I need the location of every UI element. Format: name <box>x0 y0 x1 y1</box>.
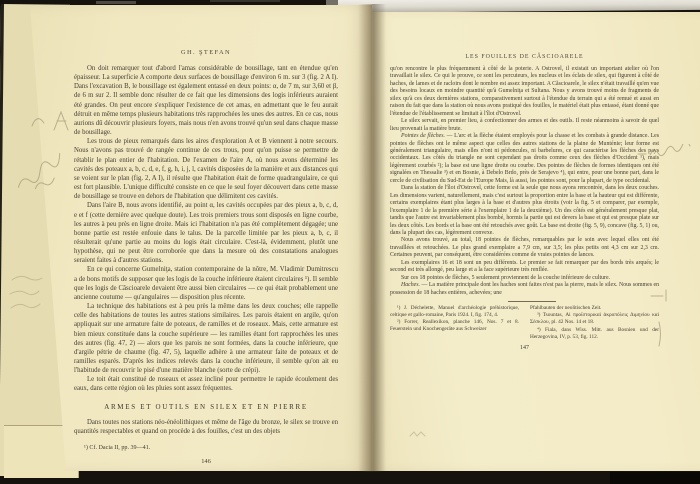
footnote: ¹) Cf. Dacia II, pp. 39—41. <box>74 445 338 451</box>
footnotes: ¹) J. Déchelette, Manuel d'archéologie p… <box>390 305 659 341</box>
paragraph: Le silex servait, en premier lieu, à con… <box>390 118 659 133</box>
paragraph: La technique des habitations est à peu p… <box>74 302 338 375</box>
page-number-left: 146 <box>74 458 338 465</box>
left-page: GH. ŞTEFAN On doit remarquer tout d'abor… <box>30 5 372 471</box>
right-page-body: qu'on rencontre le plus fréquemment à cô… <box>390 66 659 297</box>
paragraph: Le toit était constitué de roseaux et as… <box>74 375 338 393</box>
right-page: LES FOUILLES DE CĂSCIOARELE qu'on rencon… <box>372 12 700 471</box>
background-corner <box>610 472 700 484</box>
paragraph: Nous avons trouvé, au total, 18 pointes … <box>390 237 659 259</box>
section-heading: ARMES ET OUTILS EN SILEX ET EN PIERRE <box>74 403 338 411</box>
running-head-left: GH. ŞTEFAN <box>74 49 338 56</box>
running-head-right: LES FOUILLES DE CĂSCIOARELE <box>390 54 659 60</box>
footnote-separator <box>508 301 556 302</box>
background-streak <box>210 0 280 2</box>
paragraph: Les exemplaires 16 et 18 sont un peu dif… <box>390 260 659 275</box>
footnote: ⁴) Fiala, dans Wiss. Mitt. aus Bosnien u… <box>530 327 659 341</box>
paragraph: Pointes de flèches. — L'arc et la flèche… <box>390 133 659 185</box>
footnote: ²) Forrer, Reallexikon, planche 146, Nos… <box>390 319 519 333</box>
paragraph: qu'on rencontre le plus fréquemment à cô… <box>390 66 659 118</box>
footnote: ¹) J. Déchelette, Manuel d'archéologie p… <box>390 305 519 319</box>
left-page-body: On doit remarquer tout d'abord l'amas co… <box>74 64 338 436</box>
footnote: ³) Tsountas, Αἱ προϊστορικαὶ ἀκροπόλεις … <box>530 312 659 326</box>
paragraph: Dans toutes nos stations néo-énéolithiqu… <box>74 418 338 436</box>
page-number-right: 147 <box>390 345 659 351</box>
paragraph: Dans la station de l'îlot d'Ostrovel, ce… <box>390 185 659 237</box>
footnote: Pfahlbauten der neolitischen Zeit. <box>530 305 659 312</box>
book-photo: GH. ŞTEFAN On doit remarquer tout d'abor… <box>0 0 700 484</box>
paragraph: Dans l'aire B, nous avons identifié, au … <box>74 201 338 265</box>
footnote-column-left: ¹) J. Déchelette, Manuel d'archéologie p… <box>390 305 519 341</box>
background-streak <box>96 1 136 4</box>
paragraph: En ce qui concerne Gumelniţa, station co… <box>74 265 338 302</box>
paragraph: Les trous de pieux remarqués dans les ai… <box>74 137 338 201</box>
paragraph: Haches. — La matière principale dont les… <box>390 282 659 297</box>
paragraph: On doit remarquer tout d'abord l'amas co… <box>74 64 338 137</box>
footnote-column-right: Pfahlbauten der neolitischen Zeit. ³) Ts… <box>530 305 659 341</box>
